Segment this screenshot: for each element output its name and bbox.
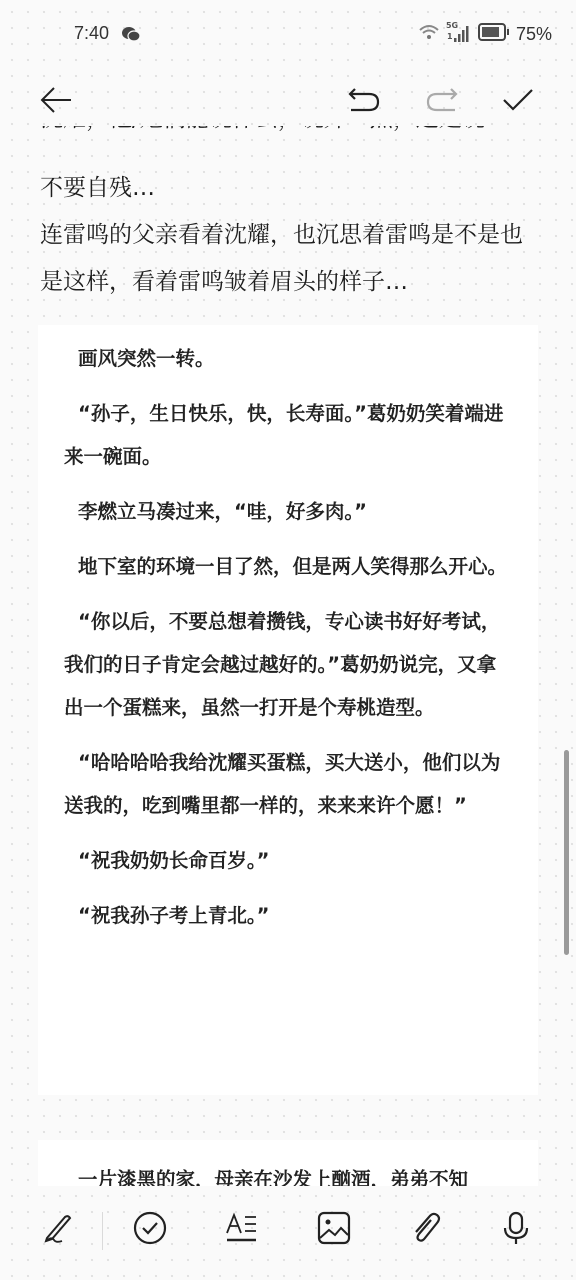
wechat-icon [121, 26, 141, 42]
image-paragraph: “哈哈哈哈我给沈耀买蛋糕，买大送小，他们以为送我的，吃到嘴里都一样的，来来来许个… [64, 741, 512, 827]
text-format-icon [224, 1210, 260, 1250]
editor-bottom-toolbar [0, 1186, 576, 1280]
redo-icon [425, 86, 459, 118]
image-paragraph: 李燃立马凑过来，“哇，好多肉。” [64, 490, 512, 533]
image-paragraph: “祝我孙子考上青北。” [64, 894, 512, 937]
back-button[interactable] [38, 84, 74, 120]
embedded-image-text-screenshot[interactable]: 画风突然一转。 “孙子，生日快乐，快，长寿面。”葛奶奶笑着端进来一碗面。 李燃立… [38, 325, 538, 1095]
attachment-button[interactable] [403, 1208, 447, 1252]
status-bar: 7:40 5G 1 [0, 0, 576, 70]
image-paragraph: 画风突然一转。 [64, 337, 512, 380]
image-paragraph: “你以后，不要总想着攒钱，专心读书好好考试，我们的日子肯定会越过越好的。”葛奶奶… [64, 600, 512, 729]
note-text-line-clipped: 沈耀，他/她们能说什么，说开一点，还是说 [40, 126, 485, 143]
status-icons: 5G 1 75% [418, 22, 552, 46]
text-format-button[interactable] [220, 1208, 264, 1252]
battery-icon [478, 23, 510, 45]
image-paragraph: 一片漆黑的家，母亲在沙发上酗酒，弟弟不知 [64, 1158, 512, 1186]
editor-top-toolbar [0, 78, 576, 126]
cellular-signal-icon: 5G 1 [446, 24, 472, 44]
handwriting-button[interactable] [36, 1208, 80, 1252]
voice-input-button[interactable] [494, 1208, 538, 1252]
check-circle-icon [132, 1210, 168, 1250]
checklist-button[interactable] [128, 1208, 172, 1252]
image-icon [316, 1210, 352, 1250]
note-text-paragraph: 连雷鸣的父亲看着沈耀，也沉思着雷鸣是不是也是这样，看着雷鸣皱着眉头的样子… [40, 212, 540, 306]
image-paragraph: 地下室的环境一目了然，但是两人笑得那么开心。 [64, 545, 512, 588]
battery-percent: 75% [516, 24, 552, 45]
checkmark-icon [501, 86, 535, 118]
confirm-button[interactable] [500, 84, 536, 120]
note-text-paragraph: 不要自残… [40, 165, 540, 212]
microphone-icon [498, 1210, 534, 1250]
arrow-left-icon [39, 85, 73, 119]
undo-button[interactable] [346, 84, 382, 120]
image-paragraph: “祝我奶奶长命百岁。” [64, 839, 512, 882]
embedded-image-text-screenshot-2[interactable]: 一片漆黑的家，母亲在沙发上酗酒，弟弟不知 [38, 1140, 538, 1186]
pen-icon [40, 1210, 76, 1250]
note-editor[interactable]: 沈耀，他/她们能说什么，说开一点，还是说 不要自残… 连雷鸣的父亲看着沈耀，也沉… [0, 126, 576, 1186]
scrollbar-thumb[interactable] [564, 750, 569, 955]
redo-button[interactable] [424, 84, 460, 120]
insert-image-button[interactable] [312, 1208, 356, 1252]
image-paragraph: “孙子，生日快乐，快，长寿面。”葛奶奶笑着端进来一碗面。 [64, 392, 512, 478]
undo-icon [347, 86, 381, 118]
status-time: 7:40 [74, 23, 109, 44]
paperclip-icon [407, 1210, 443, 1250]
wifi-icon [418, 23, 440, 45]
toolbar-divider [102, 1212, 103, 1250]
